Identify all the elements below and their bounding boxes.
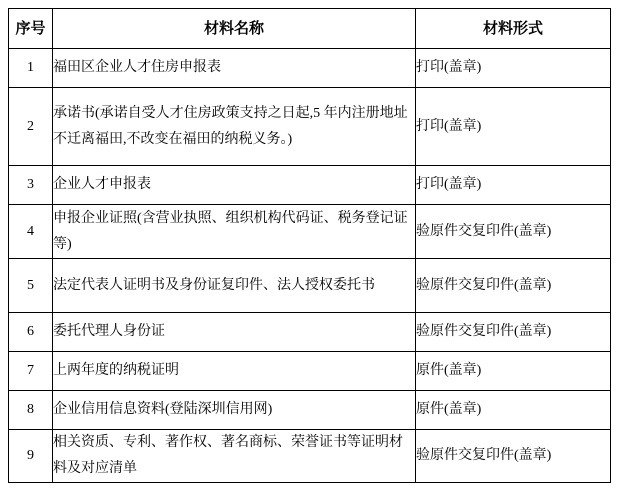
document-page: 序号 材料名称 材料形式 1 福田区企业人才住房申报表 打印(盖章) 2 承诺书… [0,0,618,489]
material-name-cell: 福田区企业人才住房申报表 [53,49,416,88]
material-form-cell: 原件(盖章) [416,352,611,391]
material-name-cell: 承诺书(承诺自受人才住房政策支持之日起,5 年内注册地址不迁离福田,不改变在福田… [53,88,416,166]
table-row: 8 企业信用信息资料(登陆深圳信用网) 原件(盖章) [9,391,611,430]
material-form-cell: 原件(盖章) [416,391,611,430]
row-number-cell: 1 [9,49,53,88]
row-number-cell: 3 [9,166,53,205]
row-number-cell: 4 [9,205,53,259]
material-form-cell: 打印(盖章) [416,88,611,166]
row-number-cell: 7 [9,352,53,391]
material-name-cell: 委托代理人身份证 [53,313,416,352]
row-number-cell: 2 [9,88,53,166]
material-name-cell: 申报企业证照(含营业执照、组织机构代码证、税务登记证等) [53,205,416,259]
materials-table: 序号 材料名称 材料形式 1 福田区企业人才住房申报表 打印(盖章) 2 承诺书… [8,8,611,483]
table-row: 1 福田区企业人才住房申报表 打印(盖章) [9,49,611,88]
material-form-cell: 验原件交复印件(盖章) [416,313,611,352]
material-name-cell: 企业人才申报表 [53,166,416,205]
row-number-cell: 9 [9,430,53,483]
table-row: 9 相关资质、专利、著作权、著名商标、荣誉证书等证明材料及对应清单 验原件交复印… [9,430,611,483]
material-name-cell: 法定代表人证明书及身份证复印件、法人授权委托书 [53,259,416,313]
row-number-cell: 8 [9,391,53,430]
material-name-cell: 上两年度的纳税证明 [53,352,416,391]
table-row: 5 法定代表人证明书及身份证复印件、法人授权委托书 验原件交复印件(盖章) [9,259,611,313]
table-row: 7 上两年度的纳税证明 原件(盖章) [9,352,611,391]
row-number-cell: 5 [9,259,53,313]
material-form-cell: 打印(盖章) [416,166,611,205]
header-material-form: 材料形式 [416,9,611,49]
material-form-cell: 验原件交复印件(盖章) [416,430,611,483]
table-row: 4 申报企业证照(含营业执照、组织机构代码证、税务登记证等) 验原件交复印件(盖… [9,205,611,259]
material-name-cell: 相关资质、专利、著作权、著名商标、荣誉证书等证明材料及对应清单 [53,430,416,483]
material-form-cell: 打印(盖章) [416,49,611,88]
table-row: 3 企业人才申报表 打印(盖章) [9,166,611,205]
material-form-cell: 验原件交复印件(盖章) [416,259,611,313]
table-row: 2 承诺书(承诺自受人才住房政策支持之日起,5 年内注册地址不迁离福田,不改变在… [9,88,611,166]
material-name-cell: 企业信用信息资料(登陆深圳信用网) [53,391,416,430]
header-material-name: 材料名称 [53,9,416,49]
table-row: 6 委托代理人身份证 验原件交复印件(盖章) [9,313,611,352]
row-number-cell: 6 [9,313,53,352]
material-form-cell: 验原件交复印件(盖章) [416,205,611,259]
table-header-row: 序号 材料名称 材料形式 [9,9,611,49]
header-serial-number: 序号 [9,9,53,49]
